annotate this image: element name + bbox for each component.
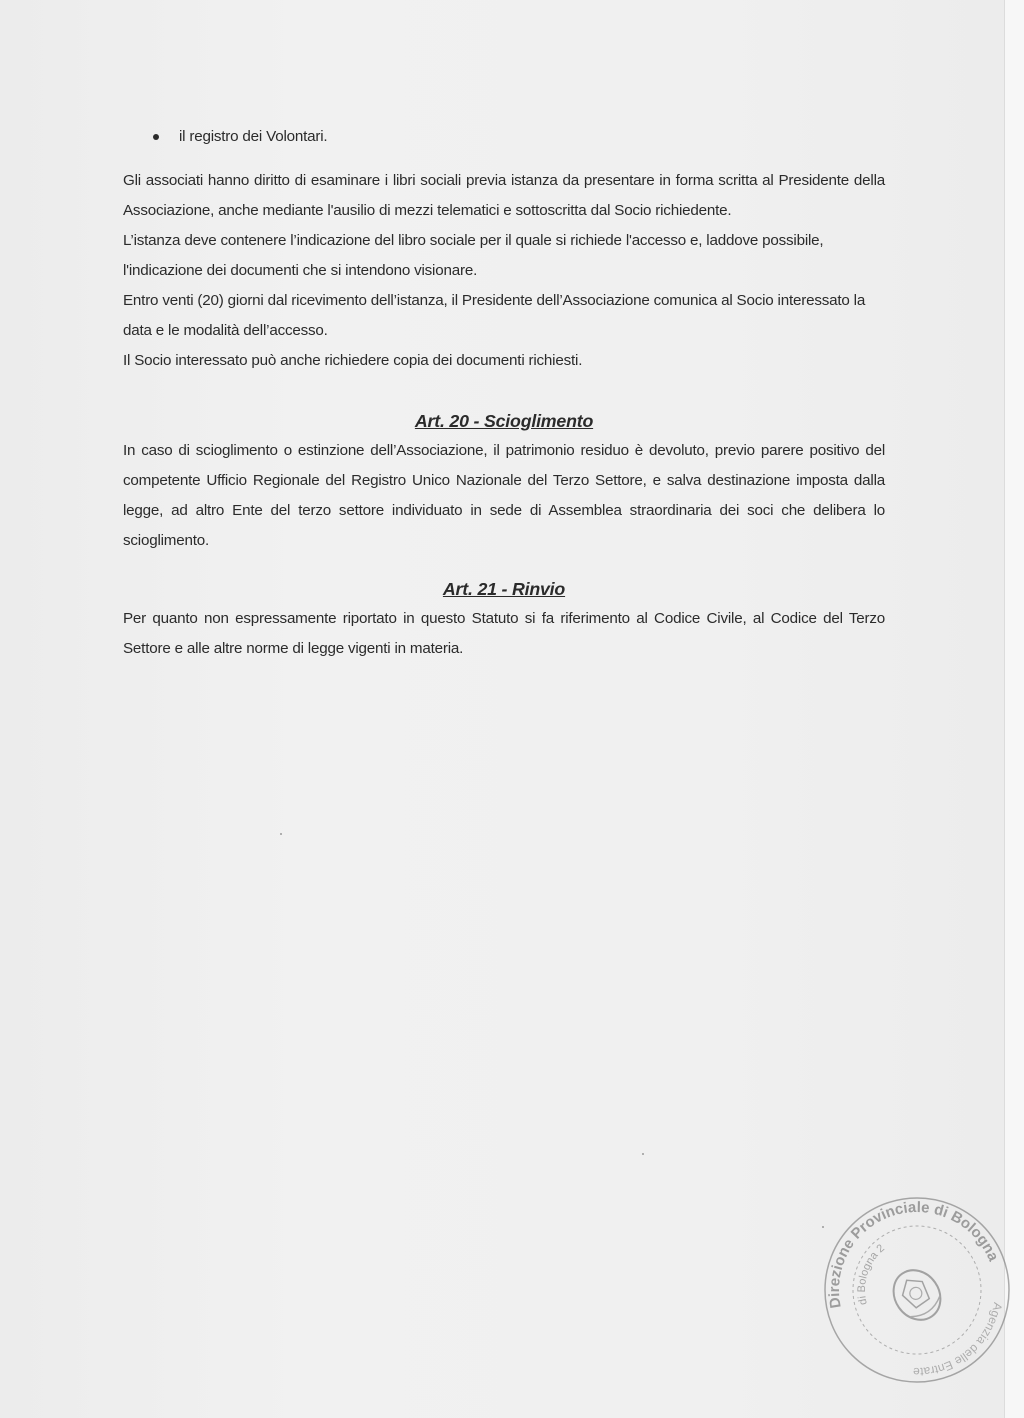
article-20-title: Art. 20 - Scioglimento	[123, 406, 885, 436]
stamp-seal-icon: Direzione Provinciale di Bologna Agenzia…	[822, 1195, 1012, 1385]
svg-text:Direzione Provinciale di Bolog: Direzione Provinciale di Bologna	[822, 1195, 1003, 1321]
svg-text:Agenzia delle Entrate: Agenzia delle Entrate	[897, 1297, 1012, 1385]
scan-speck	[280, 833, 282, 835]
paragraph-response-time: Entro venti (20) giorni dal ricevimento …	[123, 286, 885, 346]
paragraph-copy-request: Il Socio interessato può anche richieder…	[123, 346, 885, 376]
bullet-list: il registro dei Volontari.	[123, 120, 885, 154]
bullet-dot-icon	[153, 134, 159, 140]
paragraph-request-content: L’istanza deve contenere l’indicazione d…	[123, 226, 885, 286]
bullet-text: il registro dei Volontari.	[179, 128, 327, 145]
official-stamp: Direzione Provinciale di Bologna Agenzia…	[822, 1195, 1012, 1385]
article-21-body: Per quanto non espressamente riportato i…	[123, 604, 885, 664]
scan-speck	[642, 1153, 644, 1155]
document-body: il registro dei Volontari. Gli associati…	[123, 120, 885, 664]
article-21-title: Art. 21 - Rinvio	[123, 574, 885, 604]
article-20-body: In caso di scioglimento o estinzione del…	[123, 436, 885, 556]
bullet-item: il registro dei Volontari.	[123, 120, 885, 154]
paragraph-access-rights: Gli associati hanno diritto di esaminare…	[123, 166, 885, 226]
